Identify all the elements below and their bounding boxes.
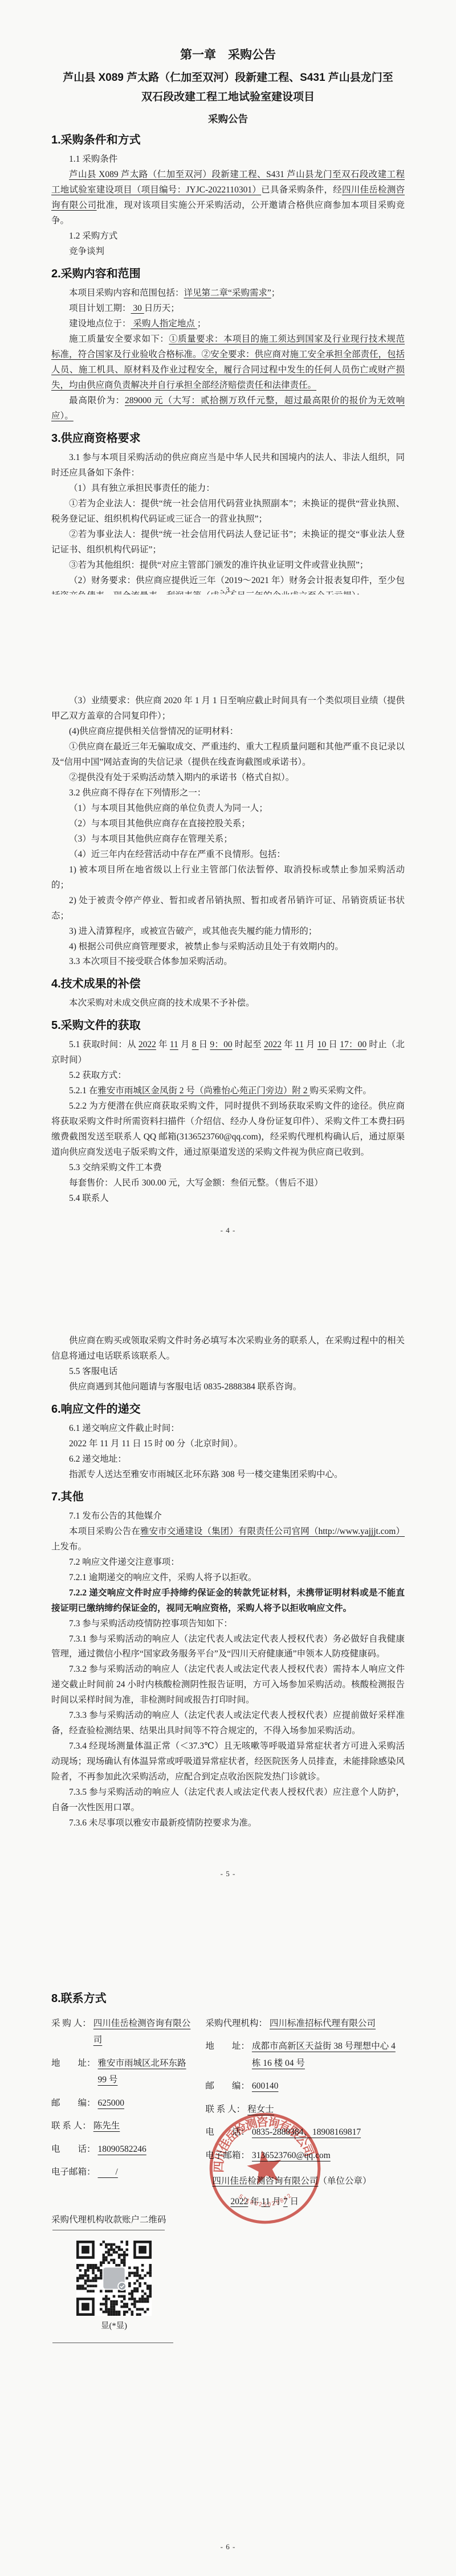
page-4: （3）业绩要求：供应商 2020 年 1 月 1 日至响应截止时间具有一个类似项… — [0, 694, 456, 1235]
page-5-content: 供应商在购买或领取采购文件时务必填写本次采购业务的联系人，在采购过程中的相关信息… — [51, 1334, 405, 1831]
paragraph: （2）与本项目其他供应商存在直接控股关系； — [51, 817, 405, 832]
paragraph: 7.3.1 参与采购活动的响应人（法定代表人或法定代表人授权代表）务必做好自我健… — [51, 1632, 405, 1663]
page-3: 第一章 采购公告芦山县 X089 芦太路（仁加至双河）段新建工程、S431 芦山… — [0, 30, 456, 594]
contact-value: 18090582246 — [96, 2141, 192, 2157]
page-6-content: 8.联系方式 — [51, 1990, 405, 2007]
purchaser-contact-rows: 采 购 人：四川佳岳检测咨询有限公司地 址：雅安市雨城区北环东路 99 号邮 编… — [51, 2015, 192, 2181]
payment-qr-code — [76, 2241, 152, 2316]
paragraph: 7.3 参与采购活动疫情防控事项告知如下： — [51, 1617, 405, 1632]
contact-value: / — [96, 2164, 192, 2180]
page-4-content: （3）业绩要求：供应商 2020 年 1 月 1 日至响应截止时间具有一个类似项… — [51, 694, 405, 1207]
purchaser-contact-row: 采 购 人：四川佳岳检测咨询有限公司 — [51, 2015, 192, 2049]
contact-value: 四川佳岳检测咨询有限公司 — [91, 2015, 192, 2049]
section-heading: 2.采购内容和范围 — [51, 265, 405, 282]
contact-value: 陈先生 — [91, 2118, 192, 2134]
paragraph: （1）与本项目其他供应商的单位负责人为同一人； — [51, 801, 405, 817]
doc-subtitle: 双石段改建工程工地试验室建设项目 — [51, 88, 405, 107]
signature-company: 四川佳岳检测咨询有限公司 — [212, 2176, 318, 2186]
paragraph: 3.2 供应商不得存在下列情形之一： — [51, 786, 405, 801]
page-5: 供应商在购买或领取采购文件时务必填写本次采购业务的联系人，在采购过程中的相关信息… — [0, 1334, 456, 1878]
paragraph: 5.2 获取方式： — [51, 1068, 405, 1084]
paragraph: 5.2.2 为方便潜在供应商获取采购文件，同时提供不到场获取采购文件的途径。供应… — [51, 1099, 405, 1160]
paragraph: 5.2.1 在雅安市雨城区金凤街 2 号（尚雅怡心苑正门旁边）附 2 购买采购文… — [51, 1084, 405, 1099]
doc-center: 采购公告 — [51, 112, 405, 126]
contact-value: 四川标准招标代理有限公司 — [267, 2015, 405, 2032]
paragraph: 芦山县 X089 芦太路（仁加至双河）段新建工程、S431 芦山县龙门至双石段改… — [51, 167, 405, 229]
contact-value: 3136523760@qq.com — [250, 2147, 405, 2164]
contact-value: 0835-2888384、18908169817 — [250, 2124, 405, 2140]
paragraph: 竞争谈判 — [51, 244, 405, 260]
paragraph: 7.3.3 参与采购活动的响应人（法定代表人或法定代表人授权代表）应提前做好采样… — [51, 1708, 405, 1739]
paragraph: 7.3.5 参与采购活动的响应人（法定代表人或法定代表人授权代表）应注意个人防护… — [51, 1785, 405, 1816]
doc-title: 第一章 采购公告 — [51, 46, 405, 63]
page-3-content: 第一章 采购公告芦山县 X089 芦太路（仁加至双河）段新建工程、S431 芦山… — [51, 46, 405, 594]
paragraph: 本项目采购公告在雅安市交通建设（集团）有限责任公司官网（http://www.y… — [51, 1524, 405, 1555]
paragraph: ②提供没有处于采购活动禁入期内的承诺书（格式自拟）。 — [51, 770, 405, 786]
purchaser-contact-row: 联 系 人：陈先生 — [51, 2118, 192, 2134]
paragraph: 1.1 采购条件 — [51, 152, 405, 167]
section-heading: 1.采购条件和方式 — [51, 132, 405, 149]
paragraph: 2) 处于被责令停产停业、暂扣或者吊销执照、暂扣或者吊销许可证、吊销资质证书状态… — [51, 893, 405, 924]
paragraph: 每套售价：人民币 300.00 元，大写金额：叁佰元整。（售后不退） — [51, 1176, 405, 1191]
paragraph: 6.1 递交响应文件截止时间： — [51, 1421, 405, 1437]
section-heading: 3.供应商资格要求 — [51, 430, 405, 447]
contact-label: 采购代理机构： — [205, 2015, 267, 2032]
agency-contact-row: 电子邮箱：3136523760@qq.com — [205, 2147, 405, 2164]
purchaser-contact-column: 采 购 人：四川佳岳检测咨询有限公司地 址：雅安市雨城区北环东路 99 号邮 编… — [51, 2015, 199, 2343]
paragraph: 4) 根据公司供应商管理要求，被禁止参与采购活动且处于有效期内的。 — [51, 940, 405, 955]
paragraph: ①若为企业法人：提供“统一社会信用代码营业执照副本”；未换证的提供“营业执照、税… — [51, 497, 405, 527]
paragraph: ①供应商在最近三年无骗取成交、严重违约、重大工程质量问题和其他严重不良记录以及“… — [51, 740, 405, 770]
section-heading: 4.技术成果的补偿 — [51, 975, 405, 992]
paragraph: 7.2 响应文件递交注意事项： — [51, 1555, 405, 1570]
contact-value: 程女士 — [245, 2101, 405, 2118]
qr-label: 采购代理机构收款账户二维码 — [51, 2213, 192, 2225]
contact-value: 600140 — [250, 2078, 405, 2094]
paragraph: 建设地点位于： 采购人指定地点 ； — [51, 317, 405, 332]
contact-label: 邮 编： — [205, 2078, 250, 2094]
purchaser-contact-row: 邮 编：625000 — [51, 2095, 192, 2111]
paragraph: 7.3.2 参与采购活动的响应人（法定代表人或法定代表人授权代表）需持本人响应文… — [51, 1662, 405, 1708]
signature-block: 四川佳岳检测咨询有限公司（单位公章） 2022 年 11 月 7 日 — [205, 2173, 405, 2210]
paragraph: 3.3 本次项目不接受联合体参加采购活动。 — [51, 954, 405, 970]
contact-label: 邮 编： — [51, 2095, 96, 2111]
paragraph: 3) 进入清算程序，或被宣告破产，或其他丧失履约能力情形的； — [51, 924, 405, 940]
paragraph: 本次采购对未成交供应商的技术成果不予补偿。 — [51, 996, 405, 1011]
purchaser-contact-row: 电子邮箱： / — [51, 2164, 192, 2180]
contact-label: 电子邮箱： — [205, 2147, 250, 2164]
paragraph: 3.1 参与本项目采购活动的供应商应当是中华人民共和国境内的法人、非法人组织，同… — [51, 450, 405, 481]
agency-contact-row: 电 话：0835-2888384、18908169817 — [205, 2124, 405, 2140]
section-heading: 5.采购文件的获取 — [51, 1017, 405, 1034]
contact-label: 地 址： — [205, 2038, 250, 2072]
paragraph: ②若为事业法人：提供“统一社会信用代码法人登记证书”；未换证的提交“事业法人登记… — [51, 527, 405, 558]
paragraph: 5.1 获取时间：从 2022 年 11 月 8 日 9：00 时起至 2022… — [51, 1037, 405, 1068]
page-number: - 4 - — [0, 1226, 456, 1235]
paragraph: ③若为其他组织：提供“对应主管部门颁发的准许执业证明文件或营业执照”； — [51, 558, 405, 573]
qr-caption: 显(*显) — [76, 2319, 152, 2331]
paragraph: 7.3.6 未尽事项以雅安市最新疫情防控要求为准。 — [51, 1816, 405, 1831]
agency-contact-row: 联 系 人：程女士 — [205, 2101, 405, 2118]
purchaser-contact-row: 电 话：18090582246 — [51, 2141, 192, 2157]
paragraph: 项目计划工期： 30 日历天； — [51, 301, 405, 317]
paragraph: 本项目采购内容和范围包括：详见第二章“采购需求”； — [51, 286, 405, 301]
section-heading: 7.其他 — [51, 1488, 405, 1506]
paragraph: 2022 年 11 月 11 日 15 时 00 分（北京时间）。 — [51, 1437, 405, 1452]
agency-contact-row: 采购代理机构：四川标准招标代理有限公司 — [205, 2015, 405, 2032]
paragraph: 7.1 发布公告的其他媒介 — [51, 1509, 405, 1524]
paragraph: 6.2 递交地址： — [51, 1452, 405, 1467]
signature-date: 2022 年 11 月 7 日 — [205, 2193, 405, 2210]
doc-subtitle: 芦山县 X089 芦太路（仁加至双河）段新建工程、S431 芦山县龙门至 — [51, 68, 405, 88]
paragraph: 5.5 客服电话 — [51, 1364, 405, 1380]
contact-label: 电子邮箱： — [51, 2164, 96, 2180]
paragraph: 7.2.1 逾期递交的响应文件，采购人将予以拒收。 — [51, 1570, 405, 1586]
contact-value: 成都市高新区天益街 38 号理想中心 4 栋 16 楼 04 号 — [250, 2038, 405, 2072]
agency-contact-column: 采购代理机构：四川标准招标代理有限公司地 址：成都市高新区天益街 38 号理想中… — [199, 2015, 405, 2343]
contact-section: 采 购 人：四川佳岳检测咨询有限公司地 址：雅安市雨城区北环东路 99 号邮 编… — [51, 2015, 405, 2343]
paragraph: 1) 被本项目所在地省级以上行业主管部门依法暂停、取消投标或禁止参加采购活动的； — [51, 863, 405, 893]
contact-value: 625000 — [96, 2095, 192, 2111]
page-number: - 5 - — [0, 1869, 456, 1878]
procurement-announcement-document: 第一章 采购公告芦山县 X089 芦太路（仁加至双河）段新建工程、S431 芦山… — [0, 0, 456, 2576]
agency-contact-rows: 采购代理机构：四川标准招标代理有限公司地 址：成都市高新区天益街 38 号理想中… — [205, 2015, 405, 2164]
agency-contact-row: 地 址：成都市高新区天益街 38 号理想中心 4 栋 16 楼 04 号 — [205, 2038, 405, 2072]
signature-company-line: 四川佳岳检测咨询有限公司（单位公章） — [205, 2173, 405, 2189]
paragraph: 供应商遇到其他问题请与客服电话 0835-2888384 联系咨询。 — [51, 1380, 405, 1395]
paragraph: 7.3.4 经现场测量体温正常（＜37.3℃）且无咳嗽等呼吸道异常症状者方可进入… — [51, 1739, 405, 1785]
paragraph: (4)供应商应提供相关信誉情况的证明材料： — [51, 724, 405, 740]
paragraph: 5.3 交纳采购文件工本费 — [51, 1160, 405, 1176]
paragraph: （3）与本项目其他供应商存在管理关系； — [51, 832, 405, 847]
paragraph: （3）业绩要求：供应商 2020 年 1 月 1 日至响应截止时间具有一个类似项… — [51, 694, 405, 724]
paragraph: 1.2 采购方式 — [51, 229, 405, 244]
divider-line — [52, 2230, 165, 2230]
page-number: - 3 - — [0, 585, 456, 594]
paragraph: 施工质量安全要求如下：①质量要求：本项目的施工须达到国家及行业现行技术规范标准，… — [51, 332, 405, 393]
contact-label: 电 话： — [205, 2124, 250, 2140]
paragraph: （4）近三年内在经营活动中存在严重不良情形。包括： — [51, 847, 405, 863]
paragraph: 7.2.2 递交响应文件时应手持缔约保证金的转款凭证材料，未携带证明材料或是不能… — [51, 1586, 405, 1617]
page-number: - 6 - — [0, 2542, 456, 2552]
section-heading: 8.联系方式 — [51, 1990, 405, 2007]
contact-label: 联 系 人： — [205, 2101, 245, 2118]
contact-label: 地 址： — [51, 2055, 96, 2089]
paragraph: 供应商在购买或领取采购文件时务必填写本次采购业务的联系人，在采购过程中的相关信息… — [51, 1334, 405, 1364]
contact-label: 采 购 人： — [51, 2015, 91, 2049]
signature-suffix: （单位公章） — [318, 2176, 371, 2186]
paragraph: （1）具有独立承担民事责任的能力： — [51, 481, 405, 497]
contact-label: 联 系 人： — [51, 2118, 91, 2134]
payment-qr-area: 采购代理机构收款账户二维码 显(*显) — [51, 2213, 192, 2343]
paragraph: 5.4 联系人 — [51, 1191, 405, 1207]
page-6: 8.联系方式 采 购 人：四川佳岳检测咨询有限公司地 址：雅安市雨城区北环东路 … — [0, 1984, 456, 2552]
contact-value: 雅安市雨城区北环东路 99 号 — [96, 2055, 192, 2089]
purchaser-contact-row: 地 址：雅安市雨城区北环东路 99 号 — [51, 2055, 192, 2089]
contact-label: 电 话： — [51, 2141, 96, 2157]
section-heading: 6.响应文件的递交 — [51, 1401, 405, 1418]
agency-contact-row: 邮 编：600140 — [205, 2078, 405, 2094]
signature-line — [52, 2343, 173, 2343]
paragraph: 最高限价为：289000 元（大写：贰拾捌万玖仟元整，超过最高限价的报价为无效响… — [51, 393, 405, 424]
paragraph: 指派专人送达至雅安市雨城区北环东路 308 号一楼交建集团采购中心。 — [51, 1467, 405, 1483]
